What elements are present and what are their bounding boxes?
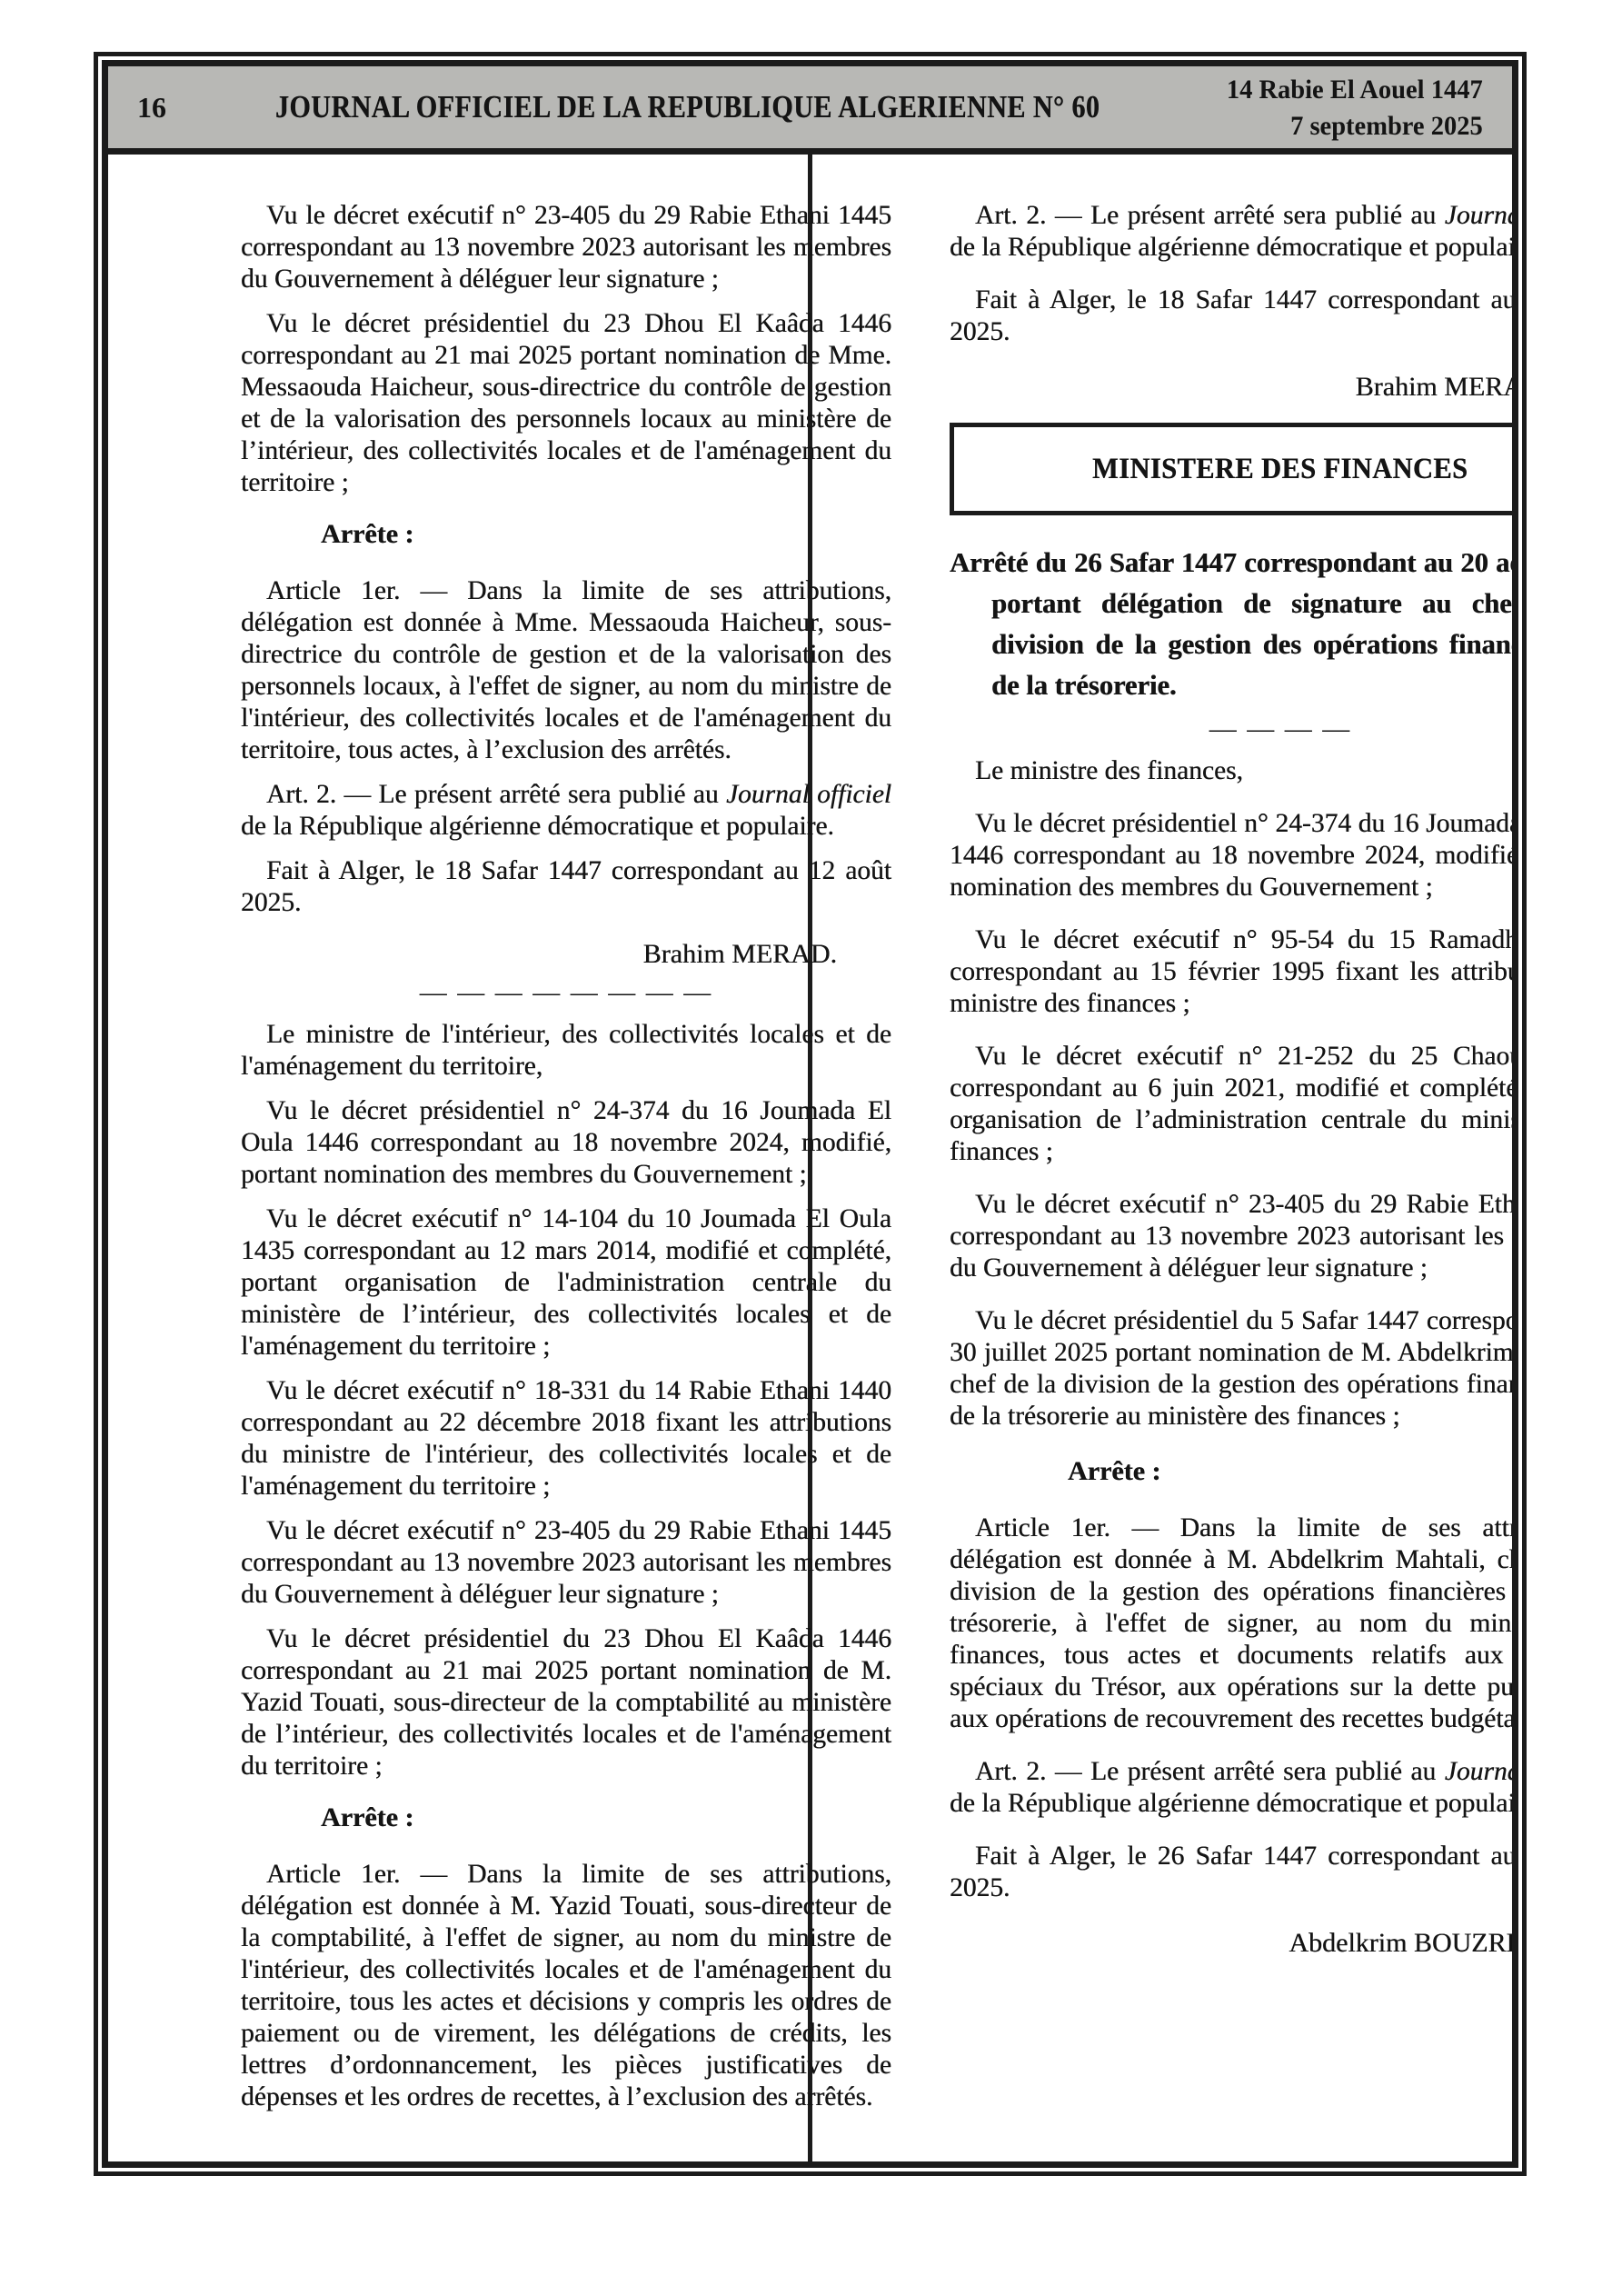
journal-title-text: JOURNAL OFFICIEL DE LA REPUBLIQUE ALGERI… (275, 89, 1100, 125)
right-column: Art. 2. — Le présent arrêté sera publié … (950, 200, 1518, 1966)
journal-officiel-italic: Journal officiel (1445, 201, 1518, 230)
minister-intro: Le ministre de l'intérieur, des collecti… (241, 1019, 891, 1083)
signature: Brahim MERAD. (950, 372, 1518, 403)
journal-officiel-italic: Journal officiel (1445, 1757, 1518, 1786)
masthead-dates: 14 Rabie El Aouel 1447 7 septembre 2025 (1213, 72, 1483, 145)
journal-officiel-italic: Journal officiel (726, 780, 891, 809)
date-gregorian: 7 septembre 2025 (1227, 108, 1483, 145)
vu-paragraph: Vu le décret exécutif n° 23-405 du 29 Ra… (241, 200, 891, 295)
masthead: 16 JOURNAL OFFICIEL DE LA REPUBLIQUE ALG… (108, 66, 1512, 155)
vu-paragraph: Vu le décret présidentiel du 23 Dhou El … (241, 308, 891, 499)
vu-paragraph: Vu le décret exécutif n° 18-331 du 14 Ra… (241, 1375, 891, 1502)
publication-text: de la République algérienne démocratique… (950, 1789, 1518, 1818)
date-place-paragraph: Fait à Alger, le 18 Safar 1447 correspon… (241, 855, 891, 919)
page-number: 16 (108, 91, 166, 125)
ministry-box: MINISTERE DES FINANCES (950, 423, 1518, 515)
article-paragraph: Article 1er. — Dans la limite de ses att… (241, 1859, 891, 2113)
date-hijri: 14 Rabie El Aouel 1447 (1227, 72, 1483, 108)
left-column: Vu le décret exécutif n° 23-405 du 29 Ra… (241, 200, 891, 2126)
dash-divider: — — — — — — — — (241, 977, 891, 1008)
date-place-paragraph: Fait à Alger, le 18 Safar 1447 correspon… (950, 285, 1518, 348)
publication-text: Art. 2. — Le présent arrêté sera publié … (975, 201, 1445, 230)
vu-paragraph: Vu le décret présidentiel du 23 Dhou El … (241, 1623, 891, 1782)
publication-text: Art. 2. — Le présent arrêté sera publié … (266, 780, 726, 809)
arrete-heading: Arrête : (321, 1802, 891, 1833)
publication-paragraph: Art. 2. — Le présent arrêté sera publié … (950, 1756, 1518, 1820)
journal-page: 16 JOURNAL OFFICIEL DE LA REPUBLIQUE ALG… (0, 0, 1622, 2296)
columns-area: Vu le décret exécutif n° 23-405 du 29 Ra… (108, 155, 1512, 2161)
dash-divider: — — — — (950, 714, 1518, 744)
article-paragraph: Article 1er. — Dans la limite de ses att… (241, 575, 891, 766)
publication-text: de la République algérienne démocratique… (950, 233, 1518, 262)
page-frame: 16 JOURNAL OFFICIEL DE LA REPUBLIQUE ALG… (94, 52, 1527, 2176)
vu-paragraph: Vu le décret exécutif n° 14-104 du 10 Jo… (241, 1203, 891, 1363)
signature: Brahim MERAD. (241, 939, 891, 970)
arrete-heading: Arrête : (1068, 1456, 1518, 1487)
publication-paragraph: Art. 2. — Le présent arrêté sera publié … (950, 200, 1518, 264)
journal-title: JOURNAL OFFICIEL DE LA REPUBLIQUE ALGERI… (208, 89, 926, 125)
minister-intro: Le ministre des finances, (950, 755, 1518, 787)
date-place-paragraph: Fait à Alger, le 26 Safar 1447 correspon… (950, 1841, 1518, 1904)
vu-paragraph: Vu le décret exécutif n° 95-54 du 15 Ram… (950, 924, 1518, 1020)
arrete-heading: Arrête : (321, 519, 891, 550)
vu-paragraph: Vu le décret exécutif n° 23-405 du 29 Ra… (950, 1189, 1518, 1284)
vu-paragraph: Vu le décret présidentiel n° 24-374 du 1… (950, 808, 1518, 903)
publication-text: Art. 2. — Le présent arrêté sera publié … (975, 1757, 1445, 1786)
page-frame-inner: 16 JOURNAL OFFICIEL DE LA REPUBLIQUE ALG… (102, 60, 1518, 2168)
vu-paragraph: Vu le décret présidentiel du 5 Safar 144… (950, 1305, 1518, 1433)
publication-text: de la République algérienne démocratique… (241, 812, 834, 841)
signature: Abdelkrim BOUZRED. (950, 1928, 1518, 1959)
ministry-box-title: MINISTERE DES FINANCES (1092, 453, 1468, 486)
vu-paragraph: Vu le décret présidentiel n° 24-374 du 1… (241, 1095, 891, 1191)
arrete-title: Arrêté du 26 Safar 1447 correspondant au… (950, 543, 1518, 706)
article-paragraph: Article 1er. — Dans la limite de ses att… (950, 1512, 1518, 1735)
publication-paragraph: Art. 2. — Le présent arrêté sera publié … (241, 779, 891, 843)
vu-paragraph: Vu le décret exécutif n° 21-252 du 25 Ch… (950, 1041, 1518, 1168)
vu-paragraph: Vu le décret exécutif n° 23-405 du 29 Ra… (241, 1515, 891, 1611)
